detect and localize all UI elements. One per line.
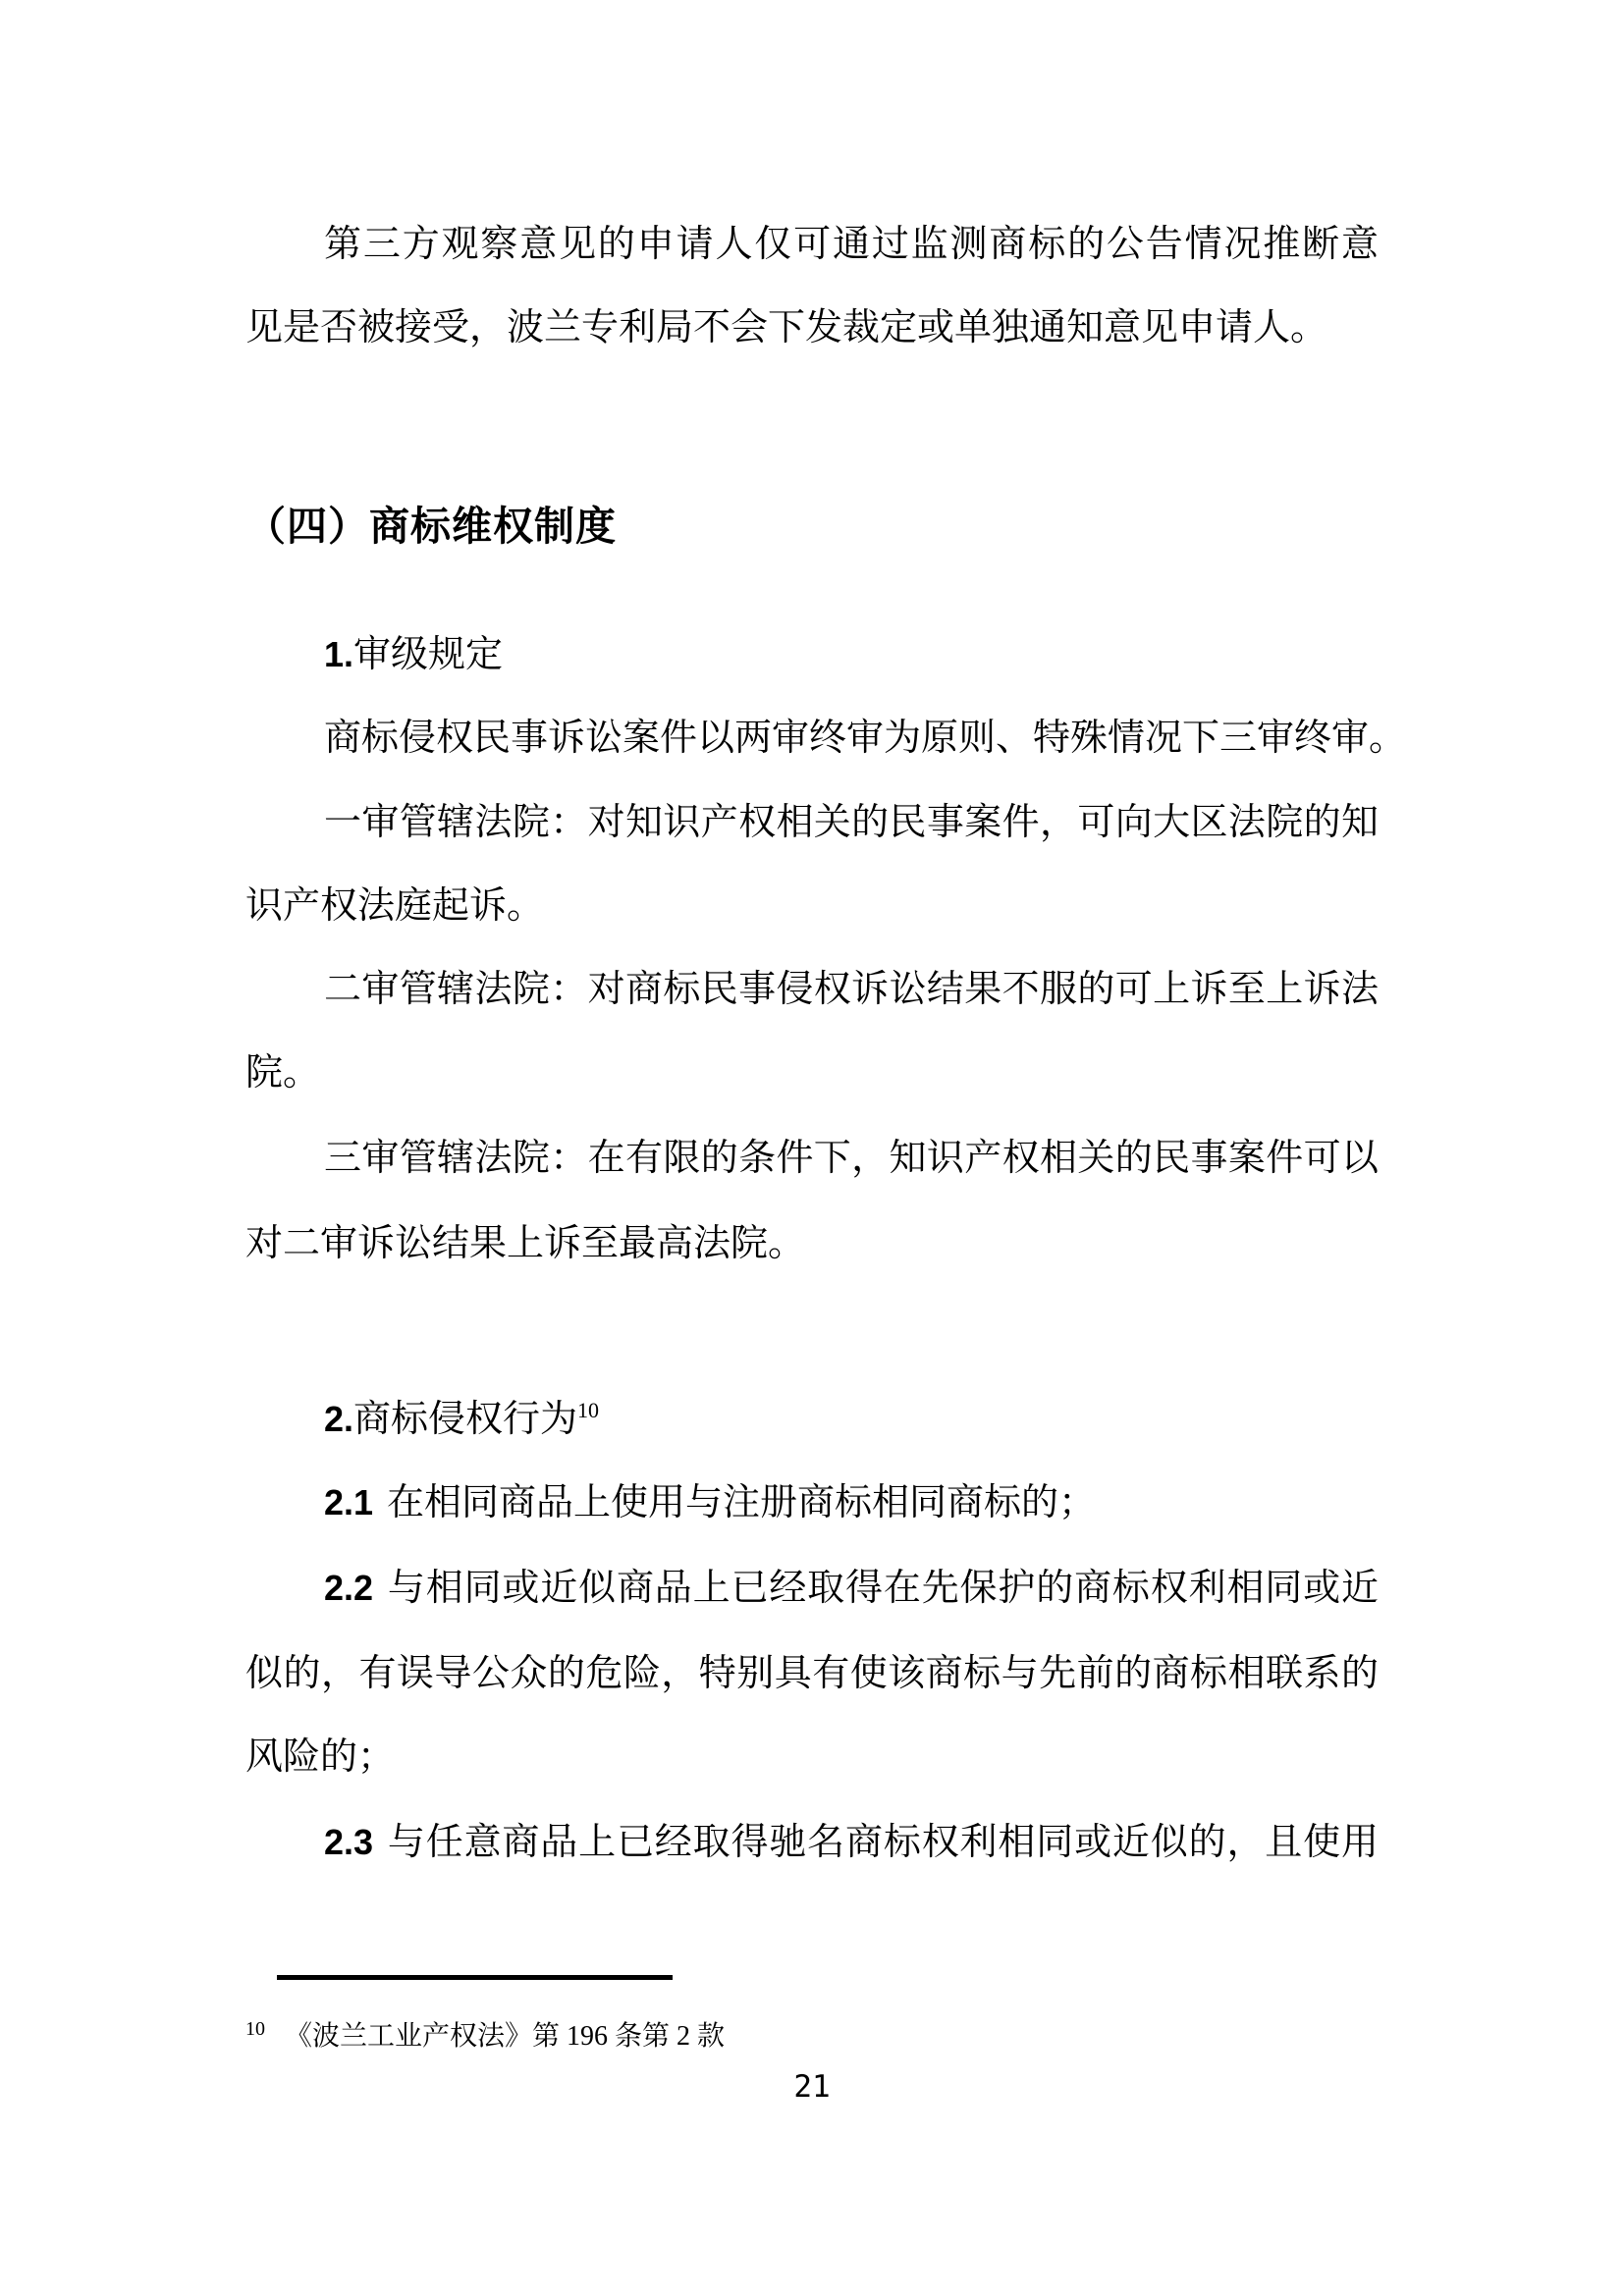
document-page: 第三方观察意见的申请人仅可通过监测商标的公告情况推断意 见是否被接受，波兰专利局… [0,0,1624,2296]
subsection-2-title: 商标侵权行为 [353,1399,577,1440]
subsection-2-number: 2. [324,1399,353,1439]
item-2-3-number: 2.3 [324,1822,373,1862]
item-2-2-line-2: 似的，有误导公众的危险，特别具有使该商标与先前的商标相联系的 [245,1652,1379,1697]
sub1-paragraph-3-line-1: 二审管辖法院：对商标民事侵权诉讼结果不服的可上诉至上诉法 [324,968,1379,1013]
item-2-3-text: 与任意商品上已经取得驰名商标权利相同或近似的，且使用 [387,1822,1379,1863]
item-2-2-line-3: 风险的； [245,1735,1379,1781]
subsection-1-title: 审级规定 [353,634,503,675]
item-2-2-line-1: 2.2与相同或近似商品上已经取得在先保护的商标权利相同或近 [324,1567,1379,1612]
sub1-paragraph-4-line-2: 对二审诉讼结果上诉至最高法院。 [245,1222,1379,1267]
footnote-text: 《波兰工业产权法》第 196 条第 2 款 [285,2021,725,2052]
sub1-paragraph-2-line-2: 识产权法庭起诉。 [245,884,1379,930]
section-heading: （四）商标维权制度 [245,503,1379,551]
item-2-2-text: 与相同或近似商品上已经取得在先保护的商标权利相同或近 [387,1568,1379,1609]
footnote: 10《波兰工业产权法》第 196 条第 2 款 [245,2014,725,2054]
sub1-paragraph-3-line-2: 院。 [245,1051,1379,1096]
subsection-2-title-line: 2.商标侵权行为10 [324,1398,1379,1443]
subsection-1-number: 1. [324,634,353,674]
footnote-reference-superscript: 10 [577,1398,599,1422]
footnote-number: 10 [245,2018,265,2040]
sub1-paragraph-4-line-1: 三审管辖法院：在有限的条件下，知识产权相关的民事案件可以 [324,1137,1379,1182]
intro-paragraph-line-2: 见是否被接受，波兰专利局不会下发裁定或单独通知意见申请人。 [245,306,1379,351]
item-2-2-number: 2.2 [324,1568,373,1608]
sub1-paragraph-1: 商标侵权民事诉讼案件以两审终审为原则、特殊情况下三审终审。 [324,717,1379,762]
subsection-1-title-line: 1.审级规定 [324,633,1379,678]
intro-paragraph-line-1: 第三方观察意见的申请人仅可通过监测商标的公告情况推断意 [324,223,1379,268]
sub1-paragraph-2-line-1: 一审管辖法院：对知识产权相关的民事案件，可向大区法院的知 [324,801,1379,846]
item-2-3-line-1: 2.3与任意商品上已经取得驰名商标权利相同或近似的，且使用 [324,1821,1379,1866]
item-2-1-number: 2.1 [324,1482,373,1522]
footnote-divider [277,1975,673,1980]
item-2-1-line: 2.1在相同商品上使用与注册商标相同商标的； [324,1481,1379,1526]
item-2-1-text: 在相同商品上使用与注册商标相同商标的； [387,1482,1096,1523]
page-number: 21 [0,2069,1624,2105]
